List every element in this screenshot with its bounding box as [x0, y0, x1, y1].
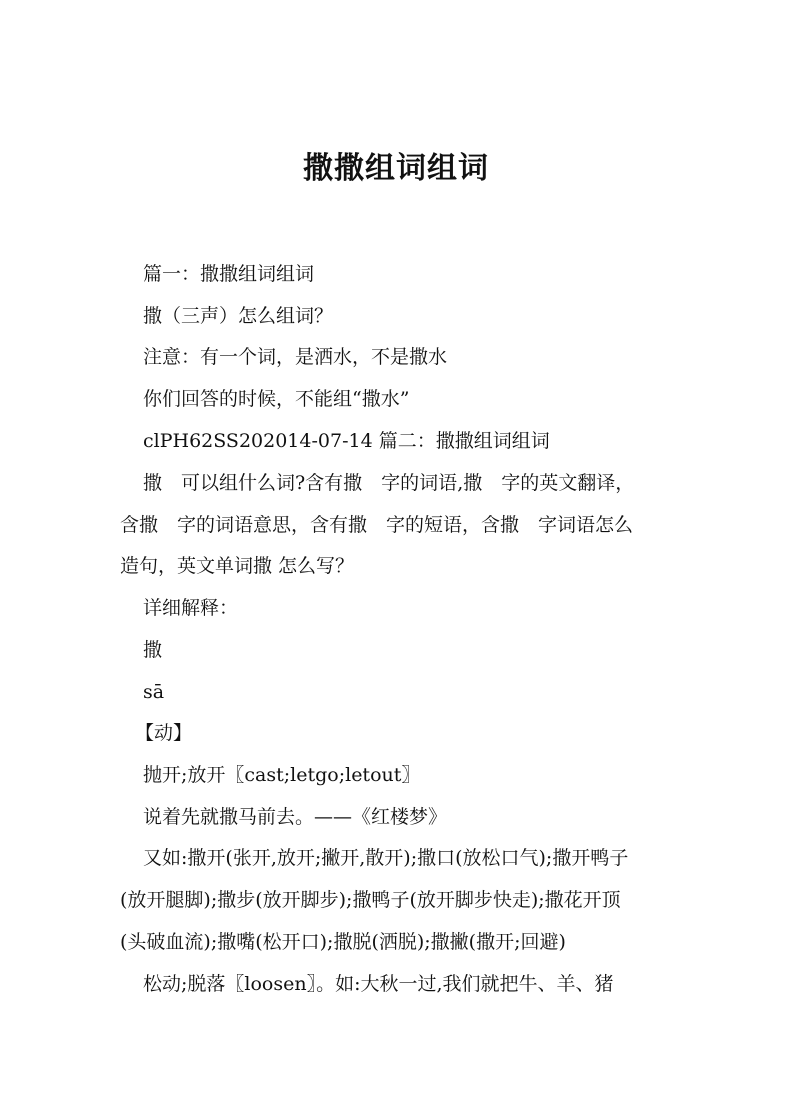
pinyin: sā — [143, 679, 164, 705]
paragraph-line: 撒 可以组什么词?含有撒 字的词语,撒 字的英文翻译， — [143, 470, 634, 496]
document-page: 撒撒组词组词 篇一：撒撒组词组词 撒（三声）怎么组词？ 注意：有一个词，是洒水，… — [0, 0, 792, 1120]
paragraph-line: 含撒 字的词语意思，含有撒 字的短语，含撒 字词语怎么 — [120, 512, 633, 538]
example-line: (放开腿脚);撒步(放开脚步);撒鸭子(放开脚步快走);撒花开顶 — [120, 887, 621, 913]
headword: 撒 — [143, 637, 162, 663]
document-title: 撒撒组词组词 — [0, 143, 792, 187]
example-line: 说着先就撒马前去。——《红楼梦》 — [143, 804, 447, 830]
example-line: (头破血流);撒嘴(松开口);撒脱(洒脱);撒撇(撒开;回避) — [120, 929, 566, 955]
definition-line: 抛开;放开〖cast;letgo;letout〗 — [143, 762, 420, 788]
paragraph-line: 篇一：撒撒组词组词 — [143, 261, 314, 287]
paragraph-line: 详细解释： — [143, 595, 238, 621]
paragraph-line: 你们回答的时候，不能组“撒水” — [143, 386, 409, 412]
paragraph-line: 造句，英文单词撒 怎么写？ — [120, 553, 354, 579]
paragraph-line: clPH62SS202014-07-14 篇二：撒撒组词组词 — [143, 428, 550, 454]
paragraph-line: 注意：有一个词，是洒水，不是撒水 — [143, 344, 447, 370]
example-line: 又如:撒开(张开,放开;撇开,散开);撒口(放松口气);撒开鸭子 — [143, 845, 628, 871]
definition-line: 松动;脱落〖loosen〗。如:大秋一过,我们就把牛、羊、猪 — [143, 971, 614, 997]
part-of-speech: 【动】 — [135, 720, 192, 746]
paragraph-line: 撒（三声）怎么组词？ — [143, 303, 333, 329]
